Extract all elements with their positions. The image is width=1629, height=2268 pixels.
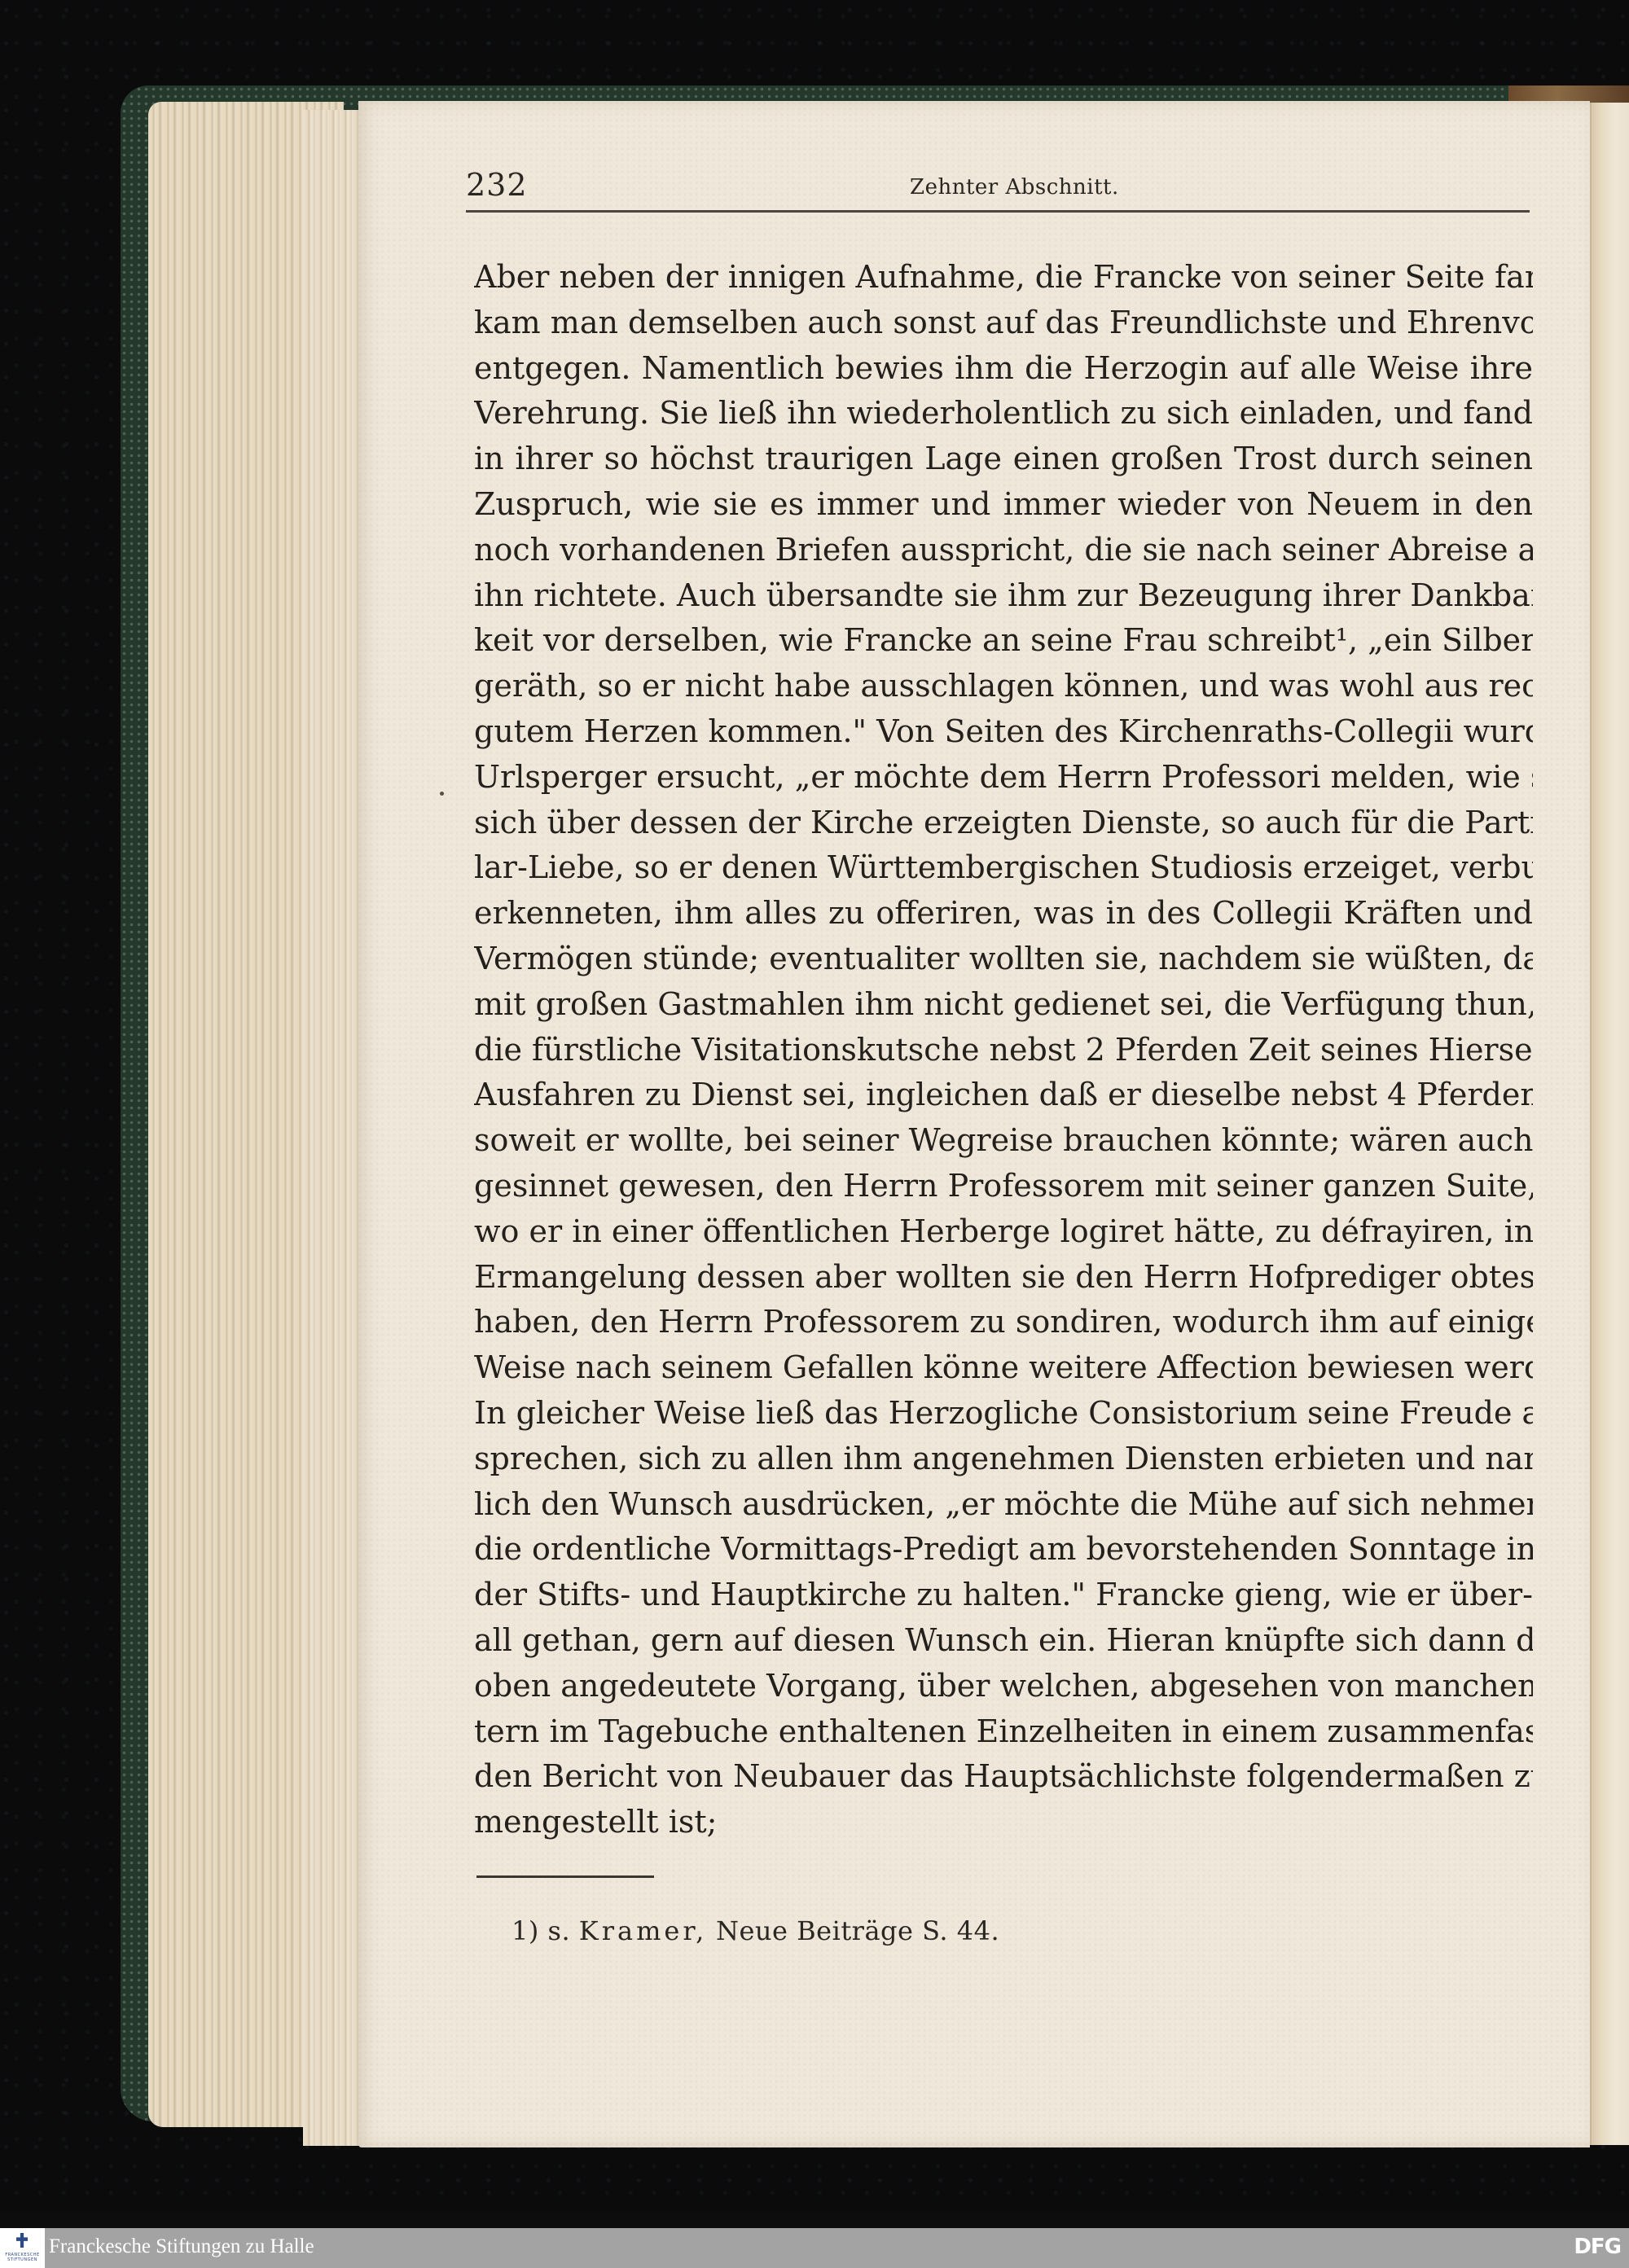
facing-page-gutter	[1590, 103, 1629, 2145]
running-title: Zehnter Abschnitt.	[910, 175, 1119, 200]
body-line: Weise nach seinem Gefallen könne weitere…	[474, 1345, 1533, 1391]
body-line: den Bericht von Neubauer das Hauptsächli…	[474, 1754, 1533, 1800]
body-line: geräth, so er nicht habe ausschlagen kön…	[474, 664, 1533, 709]
body-line: ihn richtete. Auch übersandte sie ihm zu…	[474, 573, 1533, 619]
footnote-author: Kramer,	[579, 1915, 708, 1946]
institution-emblem-icon	[16, 2233, 28, 2248]
body-line: Vermögen stünde; eventualiter wollten si…	[474, 937, 1533, 982]
body-text: Aber neben der innigen Aufnahme, die Fra…	[474, 255, 1533, 1845]
footnote-marker: 1)	[512, 1915, 539, 1946]
body-line: wo er in einer öffentlichen Herberge log…	[474, 1209, 1533, 1255]
body-line: keit vor derselben, wie Francke an seine…	[474, 618, 1533, 664]
body-line: kam man demselben auch sonst auf das Fre…	[474, 300, 1533, 346]
body-line: soweit er wollte, bei seiner Wegreise br…	[474, 1118, 1533, 1164]
body-line: der Stifts- und Hauptkirche zu halten." …	[474, 1573, 1533, 1618]
body-line: erkenneten, ihm alles zu offeriren, was …	[474, 891, 1533, 937]
body-line: in ihrer so höchst traurigen Lage einen …	[474, 436, 1533, 482]
header-rule	[466, 210, 1530, 213]
body-line: die fürstliche Visitationskutsche nebst …	[474, 1028, 1533, 1073]
body-line: haben, den Herrn Professorem zu sondiren…	[474, 1300, 1533, 1345]
body-line: gutem Herzen kommen." Von Seiten des Kir…	[474, 709, 1533, 755]
page-number: 232	[466, 167, 528, 203]
dfg-logo[interactable]: DFG	[1574, 2235, 1621, 2259]
footnote-prefix: s.	[548, 1915, 571, 1946]
body-line: die ordentliche Vormittags-Predigt am be…	[474, 1527, 1533, 1573]
logo-caption: FRANCKESCHE STIFTUNGEN	[0, 2253, 45, 2262]
body-line: tern im Tagebuche enthaltenen Einzelheit…	[474, 1709, 1533, 1755]
institution-name: Franckesche Stiftungen zu Halle	[49, 2235, 314, 2258]
franckesche-stiftungen-logo[interactable]: FRANCKESCHE STIFTUNGEN	[0, 2228, 45, 2268]
body-line: lich den Wunsch ausdrücken, „er möchte d…	[474, 1482, 1533, 1528]
footnote-title: Neue Beiträge S. 44.	[716, 1915, 999, 1946]
body-line: all gethan, gern auf diesen Wunsch ein. …	[474, 1618, 1533, 1664]
body-line: entgegen. Namentlich bewies ihm die Herz…	[474, 346, 1533, 392]
body-line: Verehrung. Sie ließ ihn wiederholentlich…	[474, 391, 1533, 436]
body-line: Ermangelung dessen aber wollten sie den …	[474, 1255, 1533, 1301]
footnote-rule	[476, 1875, 654, 1878]
body-line: sprechen, sich zu allen ihm angenehmen D…	[474, 1437, 1533, 1482]
body-line: sich über dessen der Kirche erzeigten Di…	[474, 801, 1533, 846]
margin-speck	[440, 792, 444, 796]
footnote: 1) s. Kramer, Neue Beiträge S. 44.	[512, 1915, 999, 1946]
body-line: oben angedeutete Vorgang, über welchen, …	[474, 1664, 1533, 1709]
body-line: Urlsperger ersucht, „er möchte dem Herrn…	[474, 755, 1533, 801]
body-line: Zuspruch, wie sie es immer und immer wie…	[474, 482, 1533, 528]
body-line: gesinnet gewesen, den Herrn Professorem …	[474, 1164, 1533, 1209]
body-line: mengestellt ist;	[474, 1800, 1533, 1845]
running-head: 232 Zehnter Abschnitt.	[466, 167, 1530, 209]
attribution-bar: FRANCKESCHE STIFTUNGEN Franckesche Stift…	[0, 2228, 1629, 2268]
body-line: noch vorhandenen Briefen ausspricht, die…	[474, 528, 1533, 573]
body-line: In gleicher Weise ließ das Herzogliche C…	[474, 1391, 1533, 1437]
body-line: mit großen Gastmahlen ihm nicht gedienet…	[474, 982, 1533, 1028]
body-line: lar-Liebe, so er denen Württembergischen…	[474, 845, 1533, 891]
body-line: Aber neben der innigen Aufnahme, die Fra…	[474, 255, 1533, 300]
body-line: Ausfahren zu Dienst sei, ingleichen daß …	[474, 1073, 1533, 1118]
